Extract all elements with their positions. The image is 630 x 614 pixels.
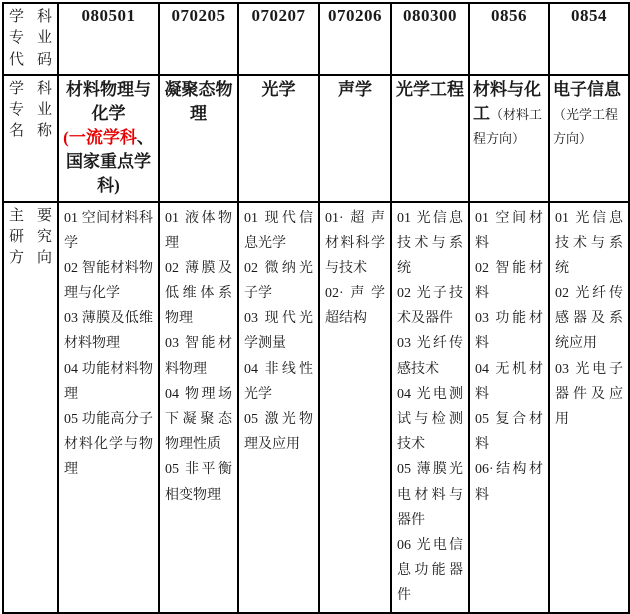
direction-item: 03 功能材料 xyxy=(475,306,543,356)
directions-cell: 01 空间材料科学02 智能材料物理与化学03 薄膜及低维材料物理04 功能材料… xyxy=(58,202,159,613)
directions-cell: 01 光信息技术与系统02 光子技术及器件03 光纤传感技术04 光电测试与检测… xyxy=(391,202,469,613)
direction-item: 04 无机材料 xyxy=(475,357,543,407)
direction-item: 06 光电信息功能器件 xyxy=(397,533,463,609)
code-cell: 0856 xyxy=(469,3,549,75)
name-segment: （光学工程方向） xyxy=(553,107,618,146)
code-row: 学 科 专 业 代码 08050107020507020707020608030… xyxy=(3,3,629,75)
directions-cell: 01 光信息技术与系统02 光纤传感器及系统应用03 光电子器件及应用 xyxy=(549,202,629,613)
direction-item: 03 现代光学测量 xyxy=(244,306,313,356)
direction-item: 05 功能高分子材料化学与物理 xyxy=(64,407,153,483)
direction-item: 02 光子技术及器件 xyxy=(397,281,463,331)
directions-row: 主 要 研 究 方向 01 空间材料科学02 智能材料物理与化学03 薄膜及低维… xyxy=(3,202,629,613)
row-header-directions: 主 要 研 究 方向 xyxy=(3,202,58,613)
name-segment: 光学 xyxy=(262,80,296,99)
name-segment: 声学 xyxy=(338,80,372,99)
direction-item: 03 薄膜及低维材料物理 xyxy=(64,306,153,356)
row-header-name: 学 科 专 业 名称 xyxy=(3,75,58,202)
name-cell: 凝聚态物 理 xyxy=(159,75,238,202)
code-cell: 070205 xyxy=(159,3,238,75)
name-cell: 材料物理与 化学 (一流学科、 国家重点学 科) xyxy=(58,75,159,202)
direction-item: 05 非平衡相变物理 xyxy=(165,457,232,507)
name-segment: (一流学科 xyxy=(63,128,137,147)
direction-item: 02·声学超结构 xyxy=(325,281,385,331)
name-segment: 凝聚态物 理 xyxy=(165,80,233,123)
code-cell: 070207 xyxy=(238,3,319,75)
name-segment: 电子信息 xyxy=(553,80,621,99)
direction-item: 02 智能材料物理与化学 xyxy=(64,256,153,306)
direction-item: 03 智能材料物理 xyxy=(165,331,232,381)
direction-item: 02 智能材料 xyxy=(475,256,543,306)
code-cell: 080300 xyxy=(391,3,469,75)
direction-item: 01 空间材料 xyxy=(475,206,543,256)
name-cell: 光学 xyxy=(238,75,319,202)
directions-cell: 01 空间材料02 智能材料03 功能材料04 无机材料05 复合材料06·结构… xyxy=(469,202,549,613)
direction-item: 01 空间材料科学 xyxy=(64,206,153,256)
direction-item: 01·超声材料科学与技术 xyxy=(325,206,385,282)
name-row: 学 科 专 业 名称 材料物理与 化学 (一流学科、 国家重点学 科)凝聚态物 … xyxy=(3,75,629,202)
row-header-code: 学 科 专 业 代码 xyxy=(3,3,58,75)
direction-item: 04 非线性光学 xyxy=(244,357,313,407)
direction-item: 04 物理场下凝聚态物理性质 xyxy=(165,382,232,458)
direction-item: 05 复合材料 xyxy=(475,407,543,457)
name-cell: 光学工程 xyxy=(391,75,469,202)
direction-item: 01 光信息技术与系统 xyxy=(555,206,623,282)
name-segment: 材料物理与 化学 xyxy=(66,80,151,123)
direction-item: 04 功能材料物理 xyxy=(64,357,153,407)
directions-cell: 01·超声材料科学与技术02·声学超结构 xyxy=(319,202,391,613)
direction-item: 02 光纤传感器及系统应用 xyxy=(555,281,623,357)
direction-item: 01 液体物理 xyxy=(165,206,232,256)
direction-item: 04 光电测试与检测技术 xyxy=(397,382,463,458)
direction-item: 01 光信息技术与系统 xyxy=(397,206,463,282)
name-cell: 材料与化工（材料工程方向） xyxy=(469,75,549,202)
name-cell: 电子信息（光学工程方向） xyxy=(549,75,629,202)
direction-item: 05 薄膜光电材料与器件 xyxy=(397,457,463,533)
code-cell: 080501 xyxy=(58,3,159,75)
direction-item: 06·结构材料 xyxy=(475,457,543,507)
directions-cell: 01 现代信息光学02 微纳光子学03 现代光学测量04 非线性光学05 激光物… xyxy=(238,202,319,613)
document-page: 学 科 专 业 代码 08050107020507020707020608030… xyxy=(0,0,630,533)
name-cell: 声学 xyxy=(319,75,391,202)
code-cell: 0854 xyxy=(549,3,629,75)
direction-item: 01 现代信息光学 xyxy=(244,206,313,256)
discipline-table: 学 科 专 业 代码 08050107020507020707020608030… xyxy=(2,2,630,614)
direction-item: 03 光电子器件及应用 xyxy=(555,357,623,433)
direction-item: 05 激光物理及应用 xyxy=(244,407,313,457)
code-cell: 070206 xyxy=(319,3,391,75)
direction-item: 03 光纤传感技术 xyxy=(397,331,463,381)
direction-item: 02 薄膜及低维体系物理 xyxy=(165,256,232,332)
name-segment: 光学工程 xyxy=(396,80,464,99)
direction-item: 02 微纳光子学 xyxy=(244,256,313,306)
directions-cell: 01 液体物理02 薄膜及低维体系物理03 智能材料物理04 物理场下凝聚态物理… xyxy=(159,202,238,613)
